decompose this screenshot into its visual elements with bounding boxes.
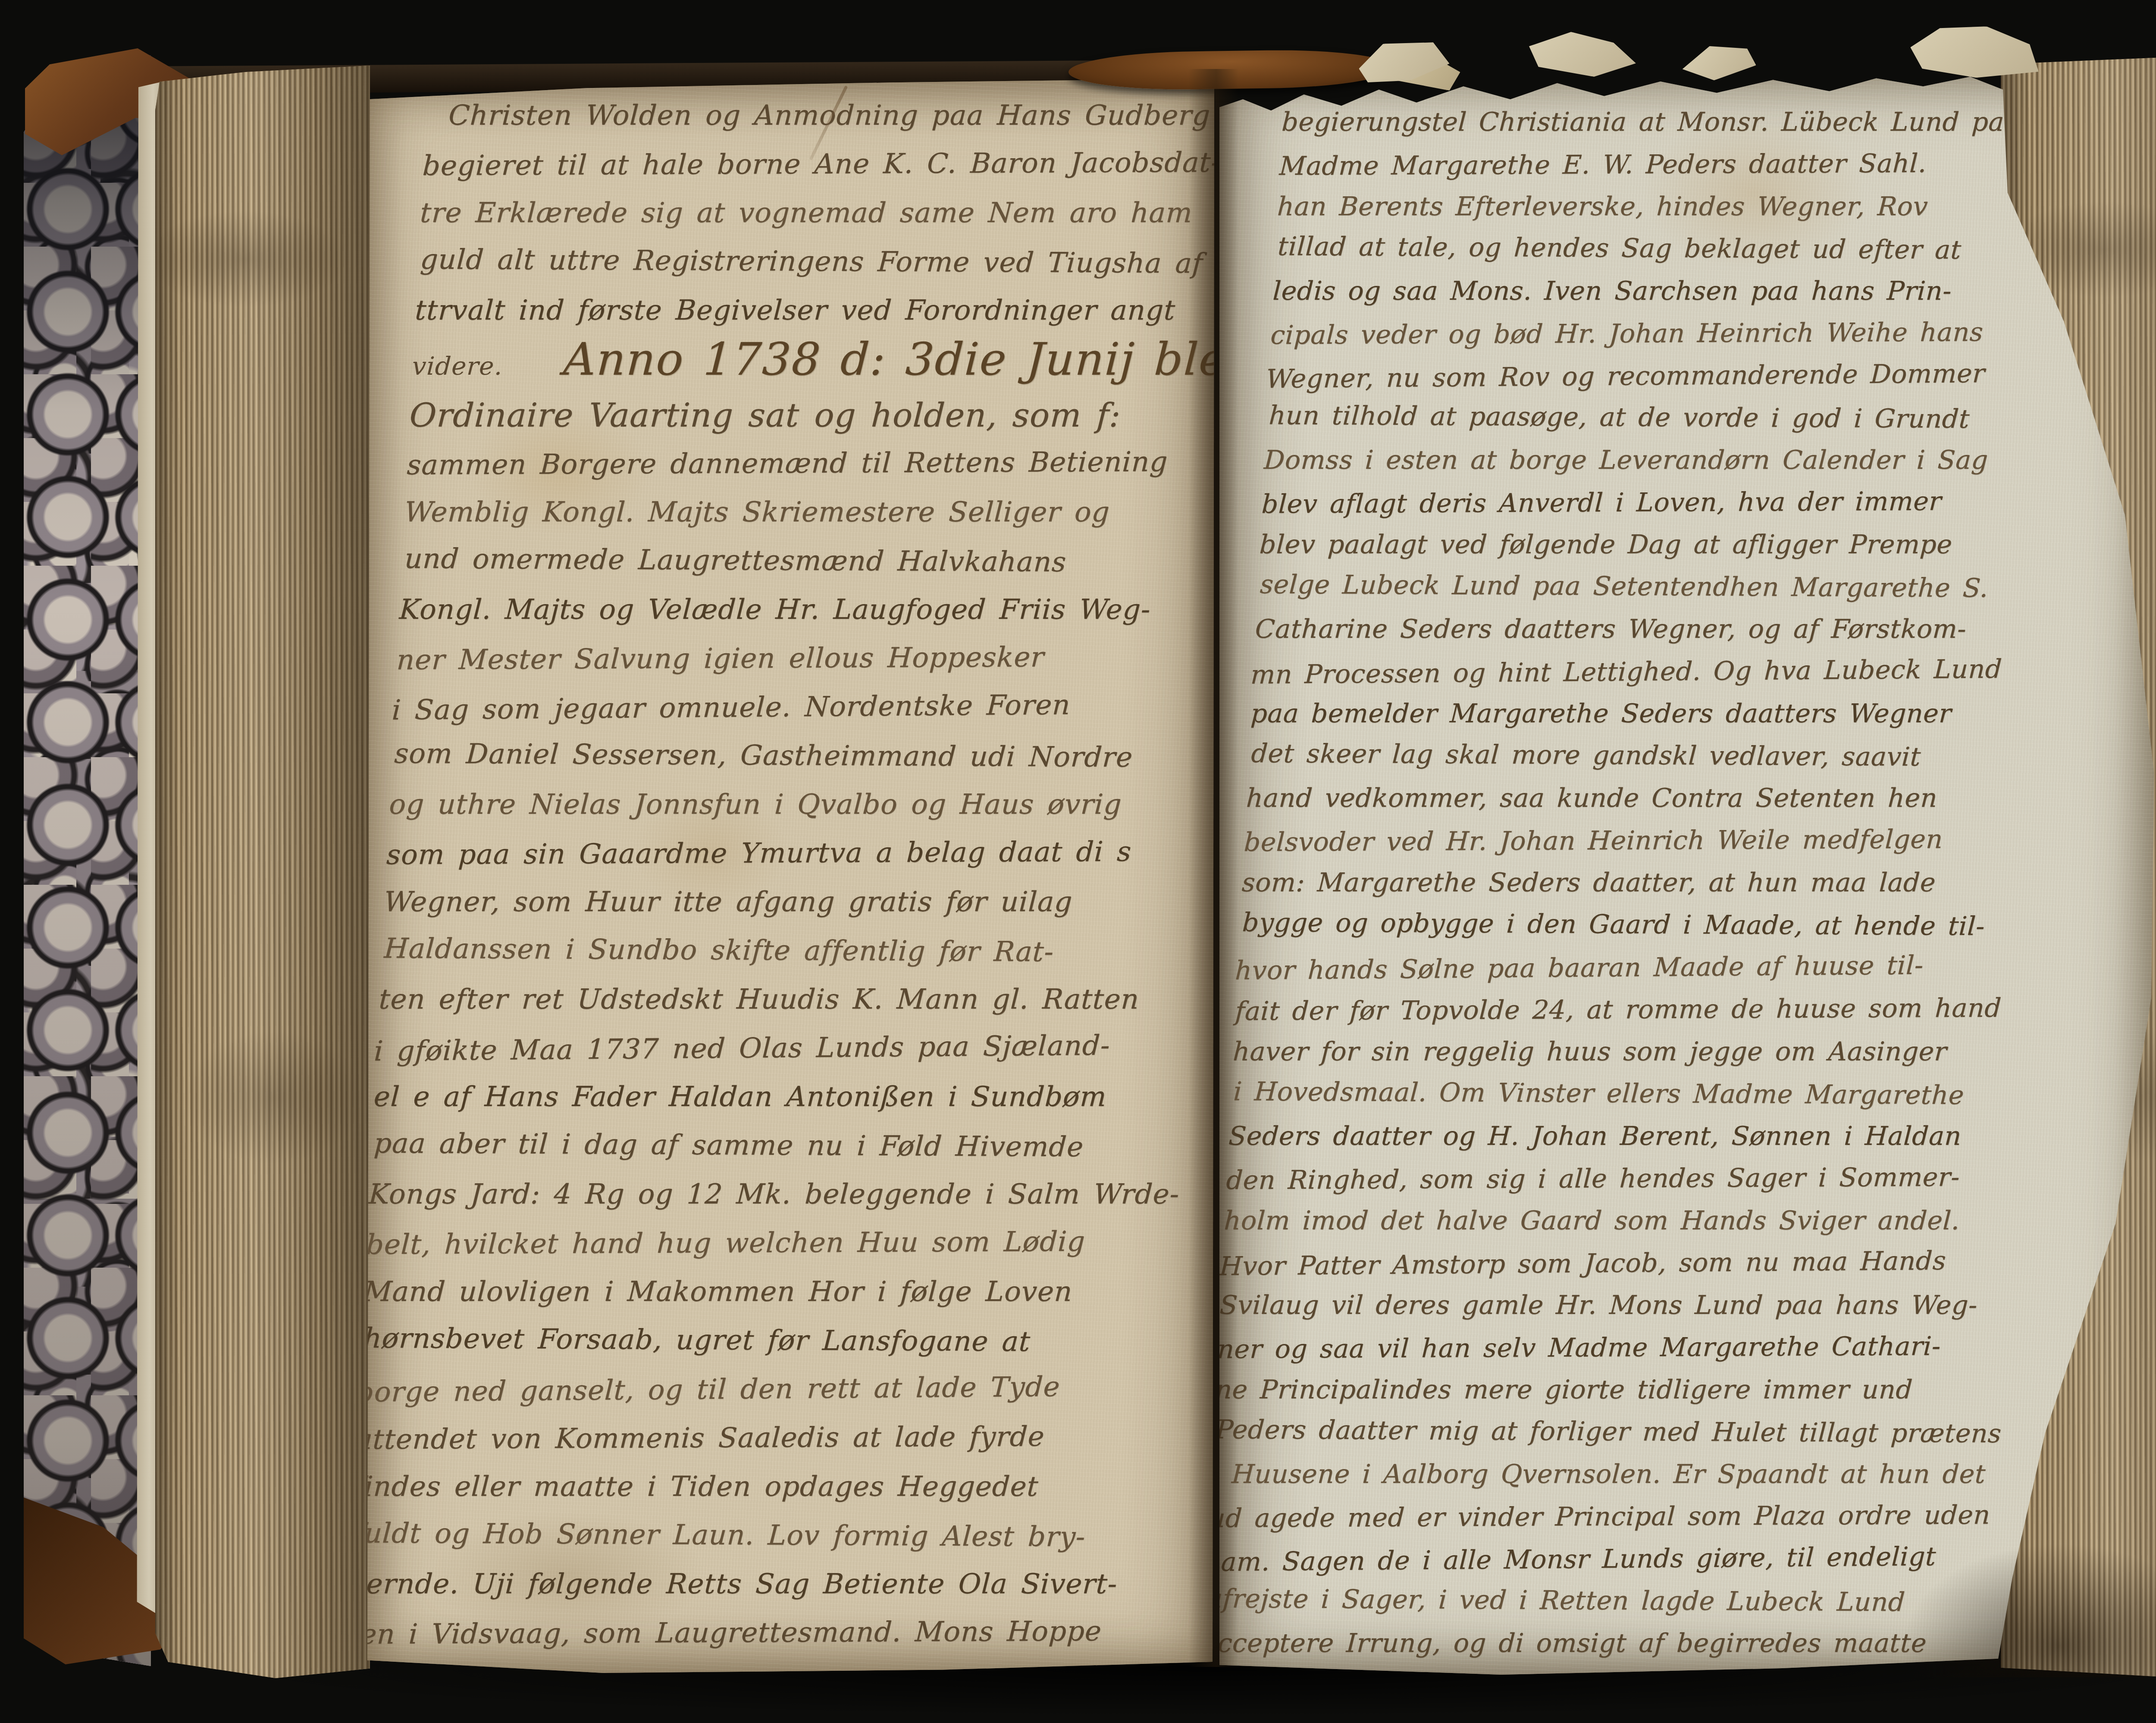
handwritten-line: som: Margarethe Seders daatter, at hun m…: [1241, 861, 2146, 904]
handwritten-line: sen i Vidsvaag, som Laugrettesmand. Mons…: [345, 1607, 1161, 1659]
handwritten-line: cipals veder og bød Hr. Johan Heinrich W…: [1269, 310, 2156, 356]
handwritten-line: den Ringhed, som sig i alle hendes Sager…: [1225, 1155, 2130, 1201]
handwritten-line: ne Principalindes mere giorte tidligere …: [1214, 1369, 2119, 1411]
handwritten-line: fuldt og Hob Sønner Laun. Lov formig Ale…: [352, 1509, 1169, 1562]
handwritten-line: i gføikte Maa 1737 ned Olas Lunds paa Sj…: [373, 1021, 1190, 1076]
handwritten-line: paa aber til i dag af samme nu i Føld Hi…: [373, 1119, 1189, 1172]
handwritten-line: Wemblig Kongl. Majts Skriemestere Sellig…: [403, 488, 1220, 537]
handwritten-line: begieret til at hale borne Ane K. C. Bar…: [421, 138, 1238, 191]
handwritten-line: tillad at tale, og hendes Sag beklaget u…: [1277, 226, 2156, 273]
handwritten-line: hvor hands Sølne paa baaran Maade af huu…: [1234, 943, 2139, 992]
handwritten-line: Ordinaire Vaarting sat og holden, som f:: [408, 391, 1225, 439]
handwritten-line: som Daniel Sessersen, Gastheimmand udi N…: [393, 730, 1210, 783]
right-page: begierungstel Christiania at Monsr. Lübe…: [1219, 64, 2156, 1675]
handwritten-line: hun tilhold at paasøge, at de vorde i go…: [1268, 395, 2156, 442]
handwritten-line: mn Processen og hint Lettighed. Og hva L…: [1250, 647, 2155, 696]
handwritten-line: ner Mester Salvung igien ellous Hoppeske…: [395, 633, 1212, 685]
handwritten-line: blev aflagt deris Anverdl i Loven, hva d…: [1261, 479, 2156, 525]
handwritten-line: Wegner, som Huur itte afgang gratis før …: [383, 878, 1200, 927]
handwritten-line: i Huusene i Aalborg Qvernsolen. Er Spaan…: [1210, 1453, 2115, 1495]
photo-background: Christen Wolden og Anmodning paa Hans Gu…: [0, 0, 2156, 1723]
torn-paper-flap: [1679, 39, 1757, 85]
handwritten-line: Seders daatter og H. Johan Berent, Sønne…: [1228, 1115, 2133, 1157]
handwritten-line: hand vedkommer, saa kunde Contra Setente…: [1245, 777, 2150, 819]
handwritten-line: selge Lubeck Lund paa Setentendhen Marga…: [1259, 564, 2156, 611]
handwritten-line: haver for sin reggelig huus som jegge om…: [1232, 1031, 2137, 1073]
handwritten-line: blev paalagt ved følgende Dag at afligge…: [1259, 523, 2156, 566]
handwritten-line: i Hovedsmaal. Om Vinster ellers Madme Ma…: [1232, 1071, 2137, 1118]
handwritten-line: hørnsbevet Forsaab, ugret før Lansfogane…: [362, 1314, 1179, 1367]
handwritten-line: holm imod det halve Gaard som Hands Svig…: [1223, 1200, 2128, 1242]
anno-heading-line: videre.Anno 1738 d: 3die Junij blev atte…: [411, 335, 1228, 391]
handwritten-line: ledis og saa Mons. Iven Sarchsen paa han…: [1272, 270, 2156, 312]
handwritten-line: borge ned ganselt, og til den rett at la…: [355, 1362, 1172, 1417]
handwritten-line: bygge og opbygge i den Gaard i Maade, at…: [1241, 902, 2146, 949]
handwritten-line: Wegner, nu som Rov og recommanderende Do…: [1265, 351, 2156, 400]
handwritten-line: ham. Sagen de i alle Monsr Lunds giøre, …: [1203, 1534, 2108, 1583]
handwritten-line: tre Erklærede sig at vognemad same Nem a…: [419, 189, 1235, 238]
handwritten-line: Kongl. Majts og Velædle Hr. Laugfoged Fr…: [398, 586, 1215, 634]
handwritten-line: Kongs Jard: 4 Rg og 12 Mk. beleggende i …: [367, 1170, 1184, 1219]
handwritten-line: paa bemelder Margarethe Seders daatters …: [1250, 692, 2155, 735]
handwritten-line: und omermede Laugrettesmænd Halvkahans: [403, 535, 1220, 588]
handwritten-line: ner og saa vil han selv Madme Margarethe…: [1216, 1324, 2122, 1370]
handwritten-line: Catharine Seders daatters Wegner, og af …: [1254, 608, 2156, 650]
left-page-lines-after: Ordinaire Vaarting sat og holden, som f:…: [345, 391, 1225, 1657]
page-edge-stack-left: [155, 66, 370, 1678]
heading-prefix-text: videre.: [411, 351, 504, 381]
handwritten-line: det skeer lag skal more gandskl vedlaver…: [1250, 733, 2155, 780]
handwritten-line: Mand ulovligen i Makommen Hor i følge Lo…: [362, 1268, 1179, 1316]
handwritten-line: Svilaug vil deres gamle Hr. Mons Lund pa…: [1219, 1284, 2124, 1326]
handwritten-line: findes eller maatte i Tiden opdages Hegg…: [352, 1463, 1169, 1511]
handwritten-line: afrejste i Sager, i ved i Retten lagde L…: [1206, 1578, 2111, 1625]
handwritten-line: el e af Hans Fader Haldan Antonißen i Su…: [373, 1073, 1189, 1122]
torn-paper-flap: [1527, 29, 1638, 79]
handwritten-line: og uthre Nielas Jonnsfun i Qvalbo og Hau…: [388, 780, 1205, 829]
marbled-cover-board: [24, 55, 151, 1666]
handwritten-line: ttrvalt ind første Begivelser ved Forord…: [414, 286, 1231, 335]
handwritten-line: Haldanssen i Sundbo skifte affentlig før…: [383, 924, 1200, 977]
handwritten-line: i Sag som jegaar omnuele. Nordentske For…: [391, 680, 1207, 735]
handwritten-line: Peders daatter mig at forliger med Hulet…: [1215, 1409, 2120, 1456]
handwritten-line: som paa sin Gaaardme Ymurtva a belag daa…: [385, 827, 1202, 880]
handwritten-line: attendet von Kommenis Saaledis at lade f…: [355, 1412, 1172, 1464]
left-page-text: Christen Wolden og Anmodning paa Hans Gu…: [345, 91, 1241, 1657]
handwritten-line: belsvoder ved Hr. Johan Heinrich Weile m…: [1243, 817, 2148, 863]
handwritten-line: ud agede med er vinder Principal som Pla…: [1207, 1493, 2112, 1539]
handwritten-line: acceptere Irrung, og di omsigt af begirr…: [1201, 1622, 2106, 1664]
right-page-text: begierungstel Christiania at Monsr. Lübe…: [1201, 101, 2156, 1664]
handwritten-line: Hvor Patter Amstorp som Jacob, som nu ma…: [1219, 1238, 2124, 1288]
handwritten-line: ten efter ret Udstedskt Huudis K. Mann g…: [378, 975, 1194, 1024]
spine-headband-leather: [1068, 49, 1394, 91]
handwritten-line: sammen Borgere dannemænd til Rettens Bet…: [406, 438, 1222, 490]
torn-paper-flap: [1909, 22, 2041, 81]
handwritten-line: fait der før Topvolde 24, at romme de hu…: [1234, 986, 2139, 1032]
handwritten-line: guld alt uttre Registreringens Forme ved…: [419, 235, 1235, 288]
handwritten-line: dernde. Uji følgende Retts Sag Betiente …: [347, 1560, 1164, 1609]
handwritten-line: Domss i esten at borge Leverandørn Calen…: [1263, 439, 2156, 481]
left-page: Christen Wolden og Anmodning paa Hans Gu…: [366, 78, 1214, 1673]
handwritten-line: belt, hvilcket hand hug welchen Huu som …: [365, 1217, 1181, 1269]
